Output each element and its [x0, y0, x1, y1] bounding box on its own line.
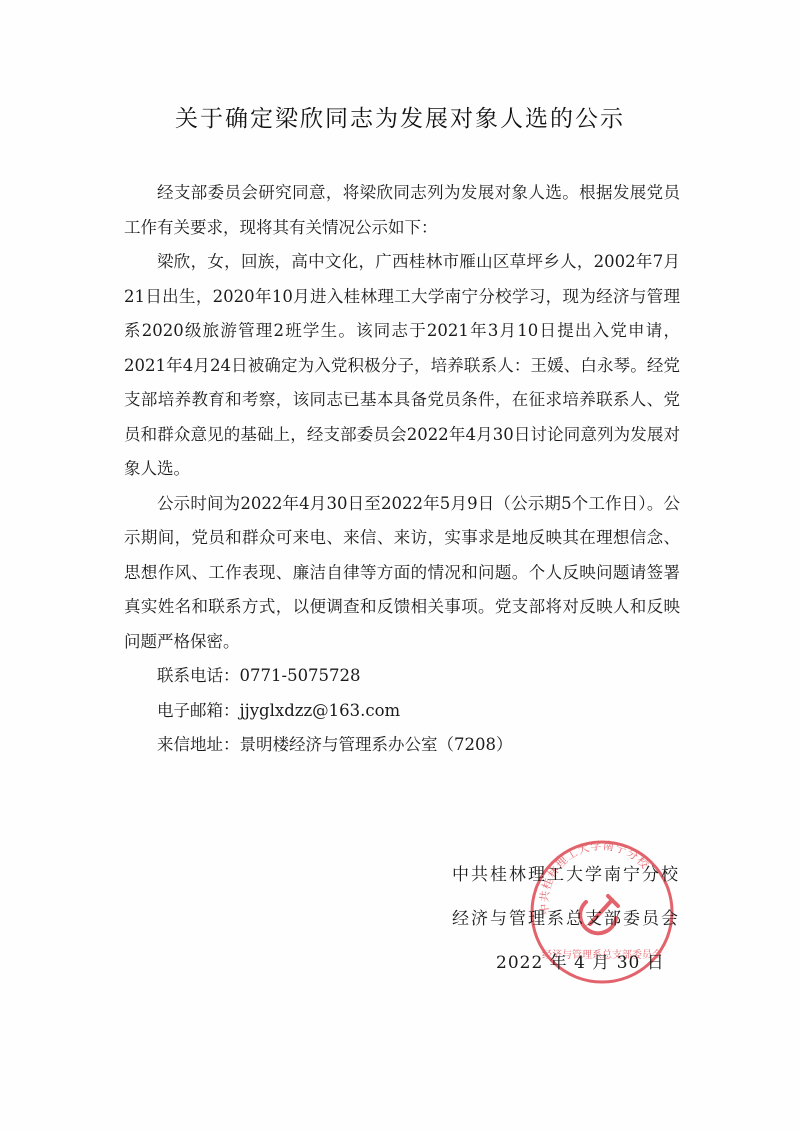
document-page: 关于确定梁欣同志为发展对象人选的公示 经支部委员会研究同意，将梁欣同志列为发展对…	[0, 0, 800, 1131]
page-title: 关于确定梁欣同志为发展对象人选的公示	[0, 100, 800, 133]
signature-org-line1: 中共桂林理工大学南宁分校	[452, 860, 692, 904]
paragraph-candidate-info: 梁欣，女，回族，高中文化，广西桂林市雁山区草坪乡人，2002年7月21日出生，2…	[124, 245, 680, 487]
contact-phone: 联系电话：0771-5075728	[124, 659, 680, 694]
contact-address: 来信地址：景明楼经济与管理系办公室（7208）	[124, 728, 680, 763]
signature-block: 中共桂林理工大学南宁分校 经济与管理系总支部委员会 2022 年 4 月 30 …	[452, 860, 692, 992]
contact-email: 电子邮箱：jjyglxdzz@163.com	[124, 694, 680, 729]
paragraph-intro: 经支部委员会研究同意，将梁欣同志列为发展对象人选。根据发展党员工作有关要求，现将…	[124, 176, 680, 245]
signature-date: 2022 年 4 月 30 日	[452, 948, 692, 992]
document-body: 经支部委员会研究同意，将梁欣同志列为发展对象人选。根据发展党员工作有关要求，现将…	[124, 176, 680, 763]
signature-org-line2: 经济与管理系总支部委员会	[452, 904, 692, 948]
paragraph-notice-period: 公示时间为2022年4月30日至2022年5月9日（公示期5个工作日）。公示期间…	[124, 487, 680, 660]
